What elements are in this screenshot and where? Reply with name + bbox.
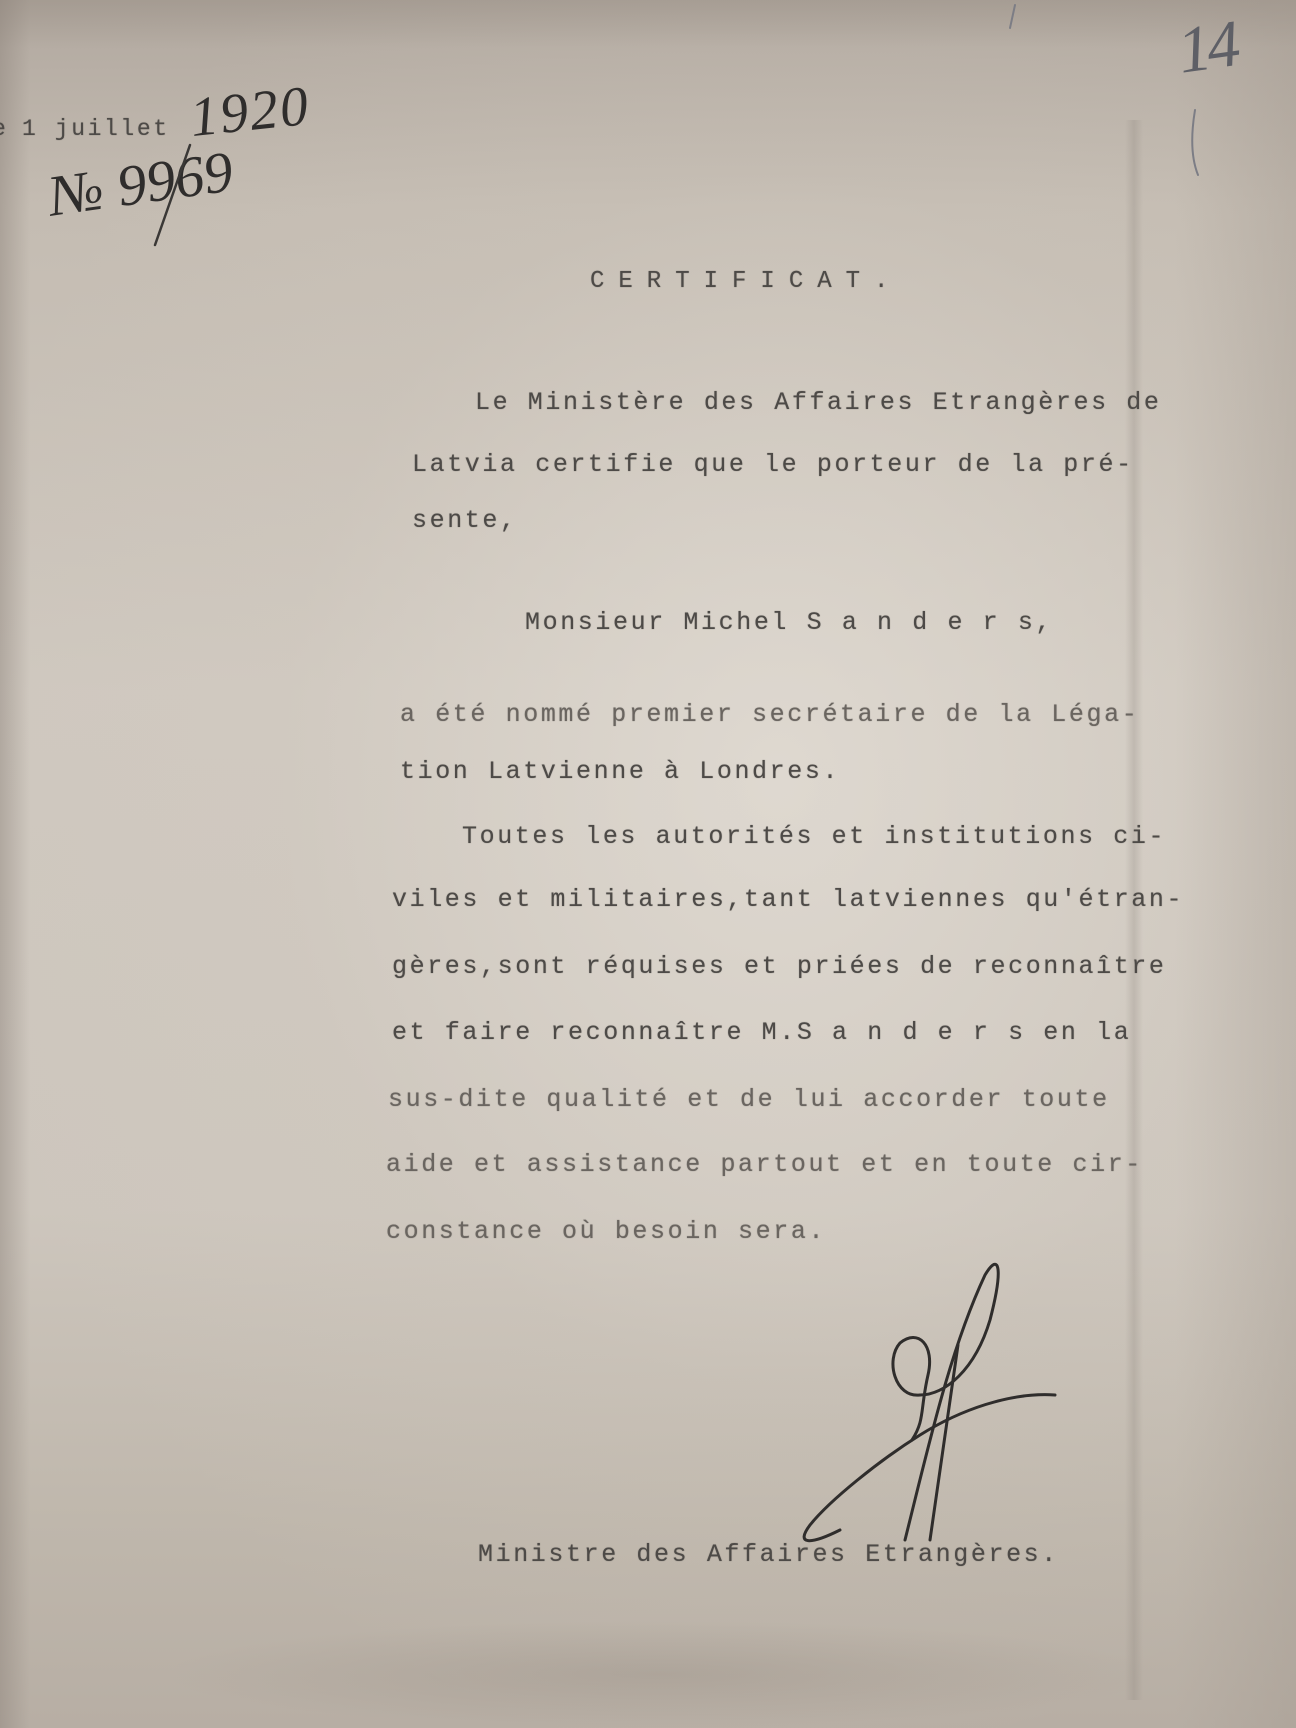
paragraph-3-line-4: et faire reconnaître M.S a n d e r s en … [392,1018,1131,1047]
paragraph-3-line-3: gères,sont réquises et priées de reconna… [392,952,1167,981]
top-sheet-shadow [0,0,1296,48]
paragraph-3-line-2: viles et militaires,tant latviennes qu'é… [392,885,1184,914]
date-prefix-partial: e [0,116,8,142]
paragraph-3-line-1: Toutes les autorités et institutions ci- [462,822,1166,851]
paragraph-3-line-7: constance où besoin sera. [386,1217,826,1246]
right-edge-shadow [1175,0,1296,1728]
paragraph-1-line-1: Le Ministère des Affaires Etrangères de [475,388,1162,417]
paragraph-1-line-3: sente, [412,506,518,535]
paragraph-2-line-2: tion Latvienne à Londres. [400,757,840,786]
paragraph-3-line-6: aide et assistance partout et en toute c… [386,1150,1143,1179]
year-handwritten: 1920 [187,74,313,150]
date-typed: 1 juillet [22,116,170,142]
signatory-title: Ministre des Affaires Etrangères. [478,1540,1059,1569]
paragraph-3-line-5: sus-dite qualité et de lui accorder tout… [388,1085,1110,1114]
named-person: Monsieur Michel S a n d e r s, [525,608,1053,637]
paper-stain [160,1620,1160,1728]
page-number: 14 [1173,6,1241,89]
paragraph-1-line-2: Latvia certifie que le porteur de la pré… [412,450,1134,479]
document-title: CERTIFICAT. [590,268,902,295]
paper-sheet [0,0,1296,1728]
left-edge-shadow [0,0,30,1728]
paragraph-2-line-1: a été nommé premier secrétaire de la Lég… [400,700,1139,729]
